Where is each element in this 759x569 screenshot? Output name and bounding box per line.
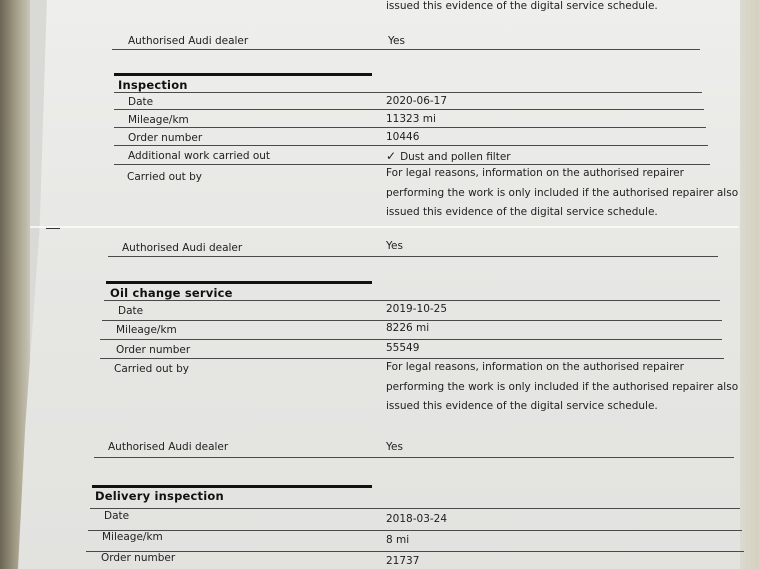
row-label: Order number: [128, 132, 202, 144]
divider: [114, 92, 702, 93]
legal-notice-line: performing the work is only included if …: [386, 184, 738, 204]
margin-mark: [46, 228, 60, 229]
dealer-value: Yes: [388, 35, 405, 47]
row-label: Date: [128, 96, 153, 108]
divider: [114, 145, 708, 146]
section-rule: [92, 485, 372, 488]
row-label: Date: [118, 305, 143, 317]
row-label: Carried out by: [114, 363, 189, 375]
row-value: 21737: [386, 555, 419, 567]
row-label: Order number: [101, 552, 175, 564]
row-value: 2018-03-24: [386, 513, 447, 525]
divider: [88, 530, 742, 531]
divider: [104, 300, 720, 301]
section-rule: [106, 281, 372, 284]
legal-notice-line: performing the work is only included if …: [386, 378, 738, 398]
row-label: Carried out by: [127, 171, 202, 183]
row-label: Mileage/km: [128, 114, 189, 126]
row-label: Mileage/km: [102, 531, 163, 543]
row-label: Authorised Audi dealer: [122, 242, 242, 254]
legal-notice: For legal reasons, information on the au…: [386, 164, 738, 223]
row-value: 10446: [386, 131, 419, 143]
divider: [90, 508, 740, 509]
dealer-label: Authorised Audi dealer: [128, 35, 248, 47]
legal-notice-line: issued this evidence of the digital serv…: [386, 397, 738, 417]
section-rule: [114, 73, 372, 76]
legal-notice-line: For legal reasons, information on the au…: [386, 164, 738, 184]
row-label: Additional work carried out: [128, 150, 270, 162]
divider: [108, 256, 718, 257]
divider: [112, 49, 700, 50]
legal-notice-line: For legal reasons, information on the au…: [386, 358, 738, 378]
row-value: 8 mi: [386, 534, 409, 546]
row-value: 2020-06-17: [386, 95, 447, 107]
row-value: Yes: [386, 240, 403, 252]
section-title: Inspection: [118, 78, 188, 92]
divider: [114, 109, 704, 110]
row-value: Yes: [386, 441, 403, 453]
row-label: Authorised Audi dealer: [108, 441, 228, 453]
checkmark-icon: ✓: [386, 149, 396, 163]
row-value: 8226 mi: [386, 322, 429, 334]
row-value: ✓Dust and pollen filter: [386, 149, 511, 163]
row-label: Order number: [116, 344, 190, 356]
row-value: 55549: [386, 342, 419, 354]
paper-crease: [30, 226, 739, 228]
row-label: Date: [104, 510, 129, 522]
legal-notice-line: issued this evidence of the digital serv…: [386, 203, 738, 223]
divider: [114, 127, 706, 128]
legal-notice-tail: issued this evidence of the digital serv…: [386, 0, 658, 12]
divider: [102, 320, 722, 321]
divider: [86, 551, 744, 552]
row-label: Mileage/km: [116, 324, 177, 336]
divider: [100, 339, 722, 340]
row-value: 2019-10-25: [386, 303, 447, 315]
section-title: Delivery inspection: [95, 489, 224, 503]
row-value: 11323 mi: [386, 113, 436, 125]
divider: [94, 457, 734, 458]
legal-notice: For legal reasons, information on the au…: [386, 358, 738, 417]
section-title: Oil change service: [110, 286, 233, 300]
row-value-text: Dust and pollen filter: [400, 151, 511, 163]
